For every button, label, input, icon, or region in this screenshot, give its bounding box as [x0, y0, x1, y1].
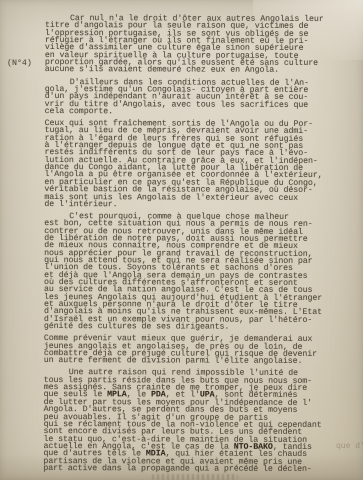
paragraph: Une autre raison qui rend impossible l'u… [43, 369, 343, 473]
paragraph: D'ailleurs dans les conditions actuelles… [45, 79, 345, 117]
text-line: de l'intérieur. [44, 201, 344, 209]
paragraph: Ceux qui sont fraîchement sortis de l'An… [44, 120, 344, 209]
text-line: un autre ferment de division parmi l'éli… [44, 357, 344, 365]
text-body: Car nul n'a le droit d'ôter aux autres A… [43, 15, 345, 478]
scanned-typewritten-page: (N°4) Car nul n'a le droit d'ôter aux au… [0, 0, 363, 480]
paragraph: C'est pourquoi, comme à quelque chose ma… [44, 213, 344, 332]
paragraph: Car nul n'a le droit d'ôter aux autres A… [45, 15, 345, 75]
right-margin-ink-bleed: que d' [336, 442, 363, 451]
text-line: part active dans la propagande qui a pré… [43, 465, 343, 473]
paragraph: Comme prévenir vaut mieux que guérir, je… [44, 335, 344, 365]
margin-note: (N°4) [7, 59, 32, 68]
